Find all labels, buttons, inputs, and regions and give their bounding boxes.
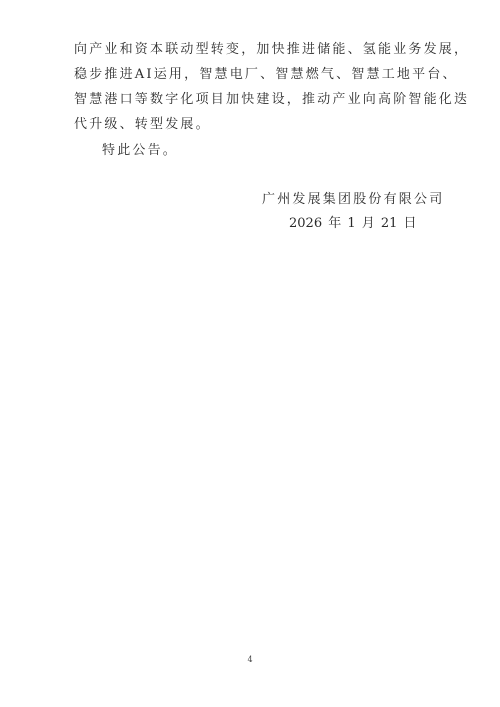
body-text-line: 向产业和资本联动型转变，加快推进储能、氢能业务发展， <box>74 42 469 58</box>
body-text-line: 稳步推进AI运用，智慧电厂、智慧燃气、智慧工地平台、 <box>74 67 458 83</box>
body-text-line: 智慧港口等数字化项目加快建设，推动产业向高阶智能化迭 <box>74 92 469 108</box>
closing-statement: 特此公告。 <box>102 143 178 159</box>
signature-company: 广州发展集团股份有限公司 <box>262 192 444 208</box>
signature-date: 2026 年 1 月 21 日 <box>289 216 417 232</box>
body-text-line: 代升级、转型发展。 <box>74 117 211 133</box>
document-page: 向产业和资本联动型转变，加快推进储能、氢能业务发展， 稳步推进AI运用，智慧电厂… <box>0 0 500 707</box>
page-number: 4 <box>0 655 500 664</box>
